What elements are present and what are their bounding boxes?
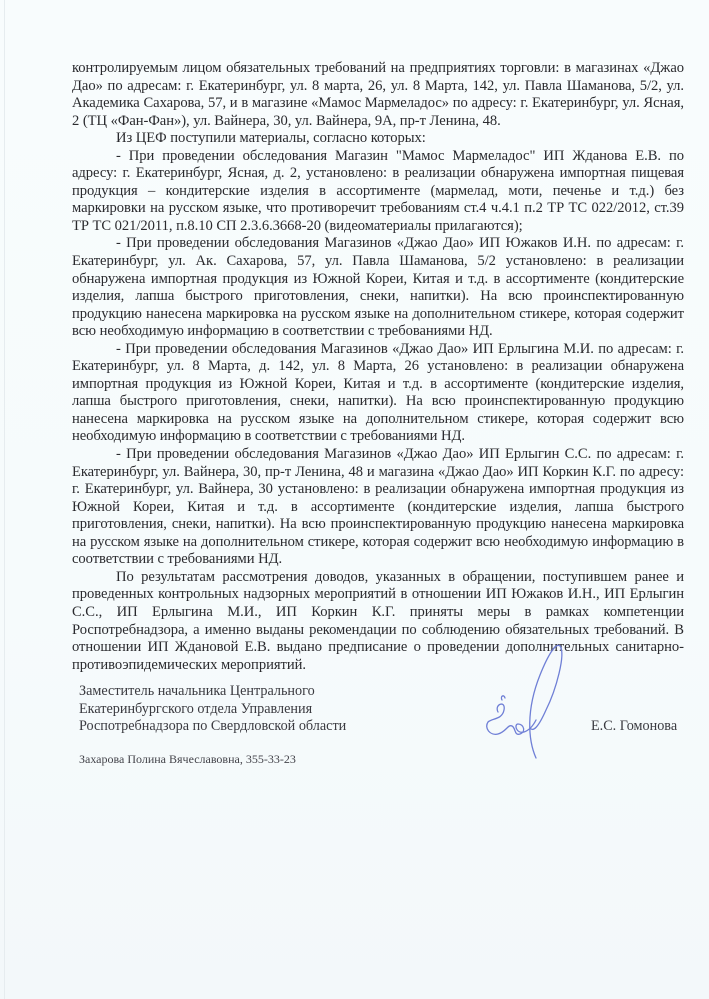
paragraph-finding-erlygin-korkin: - При проведении обследования Магазинов … xyxy=(72,446,684,569)
paragraph-finding-yuzhakov: - При проведении обследования Магазинов … xyxy=(72,235,684,340)
paragraph-finding-zhdanova: - При проведении обследования Магазин "М… xyxy=(72,148,684,236)
paragraph-intro-continuation: контролируемым лицом обязательных требов… xyxy=(72,60,684,130)
paragraph-conclusion: По результатам рассмотрения доводов, ука… xyxy=(72,569,684,674)
letter-body: контролируемым лицом обязательных требов… xyxy=(72,60,684,674)
handwritten-signature-icon xyxy=(478,640,588,770)
document-page: контролируемым лицом обязательных требов… xyxy=(0,0,709,999)
signatory-position: Заместитель начальника Центрального Екат… xyxy=(79,683,346,736)
scan-edge xyxy=(4,0,5,999)
position-line: Екатеринбургского отдела Управления xyxy=(79,701,346,719)
paragraph-finding-erlygina: - При проведении обследования Магазинов … xyxy=(72,341,684,446)
executor-contact: Захарова Полина Вячеславовна, 355-33-23 xyxy=(79,752,296,767)
signer-name: Е.С. Гомонова xyxy=(591,718,677,735)
position-line: Роспотребнадзора по Свердловской области xyxy=(79,718,346,736)
paragraph-materials-received: Из ЦЕФ поступили материалы, согласно кот… xyxy=(72,130,684,148)
position-line: Заместитель начальника Центрального xyxy=(79,683,346,701)
